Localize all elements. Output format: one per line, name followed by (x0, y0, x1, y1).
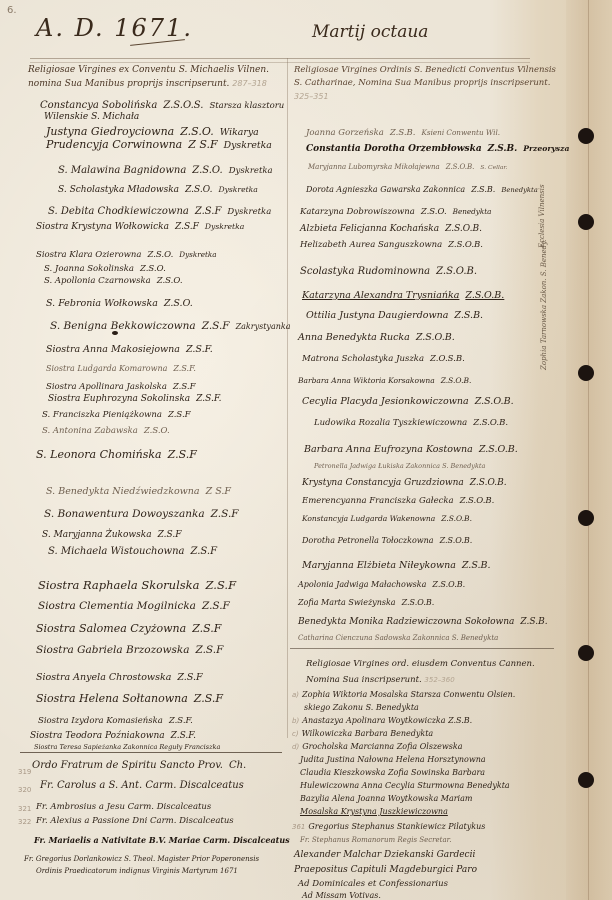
signature-entry: Siostra Anyela ChrostowskaZ.S.F (36, 672, 203, 683)
binding-hole-icon (578, 645, 594, 661)
signature-entry: Catharina Cienczuna Sadowska Zakonnica S… (298, 634, 498, 642)
lower-entry: Ordinis Praedicatorum indignus Virginis … (36, 867, 238, 875)
binding-hole-icon (578, 772, 594, 788)
signature-entry: Katarzyna Alexandra TrysniańkaZ.S.O.B. (302, 290, 504, 301)
signature-entry: Siostra Gabriela BrzozowskaZ.S.F (36, 644, 223, 656)
signature-entry: Siostra Klara OzierownaZ.S.O.Dyskretka (36, 250, 217, 260)
binding-hole-icon (578, 214, 594, 230)
signature-entry: Cecylia Placyda JesionkowiczownaZ.S.O.B. (302, 396, 514, 407)
lower-entry: Fr. Mariaelis a Nativitate B.V. Mariae C… (34, 835, 290, 845)
signature-entry: Siostra Teodora PoźniakownaZ.S.F. (30, 731, 196, 741)
signature-entry: Ludowika Rozalia TyszkiewiczownaZ.S.O.B. (314, 418, 508, 428)
second-entry: skiego Zakonu S. Benedykta (304, 703, 419, 712)
signature-entry: Benedykta Monika Radziewiczowna Sokołown… (298, 617, 548, 627)
second-entry: d)Grocholska Marcianna Zofia Olszewska (292, 742, 462, 751)
signature-entry: Barbara Anna Wiktoria KorsakownaZ.S.O.B. (298, 376, 471, 385)
signature-entry: Apolonia Jadwiga MałachowskaZ.S.O.B. (298, 580, 465, 589)
signature-entry: Constantia Dorotha OrzembłowskaZ.S.B.Prz… (306, 144, 569, 154)
signature-entry: S. Michaela WistouchownaZ.S.F (48, 546, 217, 557)
second-entry: 361Gregorius Stephanus Stankiewicz Pilat… (292, 822, 485, 831)
left-column-heading: Religiosae Virgines ex Conventu S. Micha… (22, 64, 284, 91)
year-heading: A. D. 1671. (36, 14, 193, 42)
signature-entry: S. Leonora ChomińskaZ.S.F (36, 448, 197, 461)
signature-entry: Siostra Anna MakosiejownaZ.S.F. (46, 344, 213, 355)
lower-entry: Ordo Fratrum de Spiritu Sancto Prov.Ch. (32, 760, 246, 771)
folio-number: 6. (7, 5, 17, 16)
signature-entry: S. Franciszka PieniążkownaZ.S.F (42, 410, 191, 420)
vertical-margin-note: Zophia Tarnowska Zakon. S. Benedy. (540, 240, 548, 370)
binding-hole-icon (578, 510, 594, 526)
signature-entry: Konstancyja Ludgarda WakenownaZ.S.O.B. (302, 514, 472, 523)
lower-entry: Fr. Alexius a Passione Dni Carm. Discalc… (36, 816, 234, 826)
manuscript-page: 6. A. D. 1671. Martij octaua Religiosae … (0, 0, 612, 900)
signature-entry: Katarzyna DobrowiszownaZ.S.O.Benedykta (300, 207, 491, 217)
binding-hole-icon (578, 128, 594, 144)
lower-entry: Fr. Gregorius Dorlankowicz S. Theol. Mag… (24, 855, 259, 863)
signature-entry: S. Benigna BekkowiczownaZ.S.FZakrystyank… (50, 320, 291, 332)
margin-number: 320 (18, 786, 31, 794)
signature-entry: Siostra Clementia MogilnickaZ.S.F (38, 600, 230, 612)
heading-text: Religiosae Virgines Ordinis S. Benedicti… (294, 65, 556, 88)
second-entry: Ad Missam Votivas. (302, 891, 381, 900)
ink-blot (112, 331, 118, 335)
date-heading: Martij octaua (312, 22, 428, 42)
signature-entry: Justyna GiedroyciownaZ.S.O.Wikarya (46, 125, 259, 138)
signature-entry: S. Malawina BagnidownaZ.S.O.Dyskretka (58, 165, 273, 176)
signature-entry: Anna Benedykta RuckaZ.S.O.B. (298, 332, 455, 343)
signature-entry: Wilenskie S. Michała (44, 112, 139, 122)
signature-entry: Maryjanna Elżbieta NiłeykownaZ.S.B. (302, 560, 491, 571)
signature-entry: Dorota Agnieszka Gawarska ZakonnicaZ.S.B… (306, 185, 538, 194)
section-rule (290, 648, 554, 649)
column-divider (287, 58, 288, 738)
signature-entry: Barbara Anna Eufrozyna KostownaZ.S.O.B. (304, 444, 518, 455)
signature-entry: S. Scholastyka MładowskaZ.S.O.Dyskretka (58, 185, 258, 195)
second-entry: Claudia Kieszkowska Zofia Sowinska Barba… (300, 768, 485, 777)
signature-entry: S. Apollonia CzarnowskaZ.S.O. (44, 276, 183, 286)
signature-entry: S. Bonawentura DowoyszankaZ.S.F (44, 508, 239, 520)
second-entry: Praepositus Capituli Magdeburgici Paro (294, 865, 477, 875)
second-heading: Religiosae Virgines ord. eiusdem Convent… (306, 656, 556, 688)
signature-entry: Zofia Marta SwieżynskaZ.S.O.B. (298, 598, 434, 607)
signature-entry: S. Maryjanna ŻukowskaZ.S.F (42, 530, 181, 540)
right-column-heading: Religiosae Virgines Ordinis S. Benedicti… (294, 64, 564, 104)
second-entry: c)Wilkowiczka Barbara Benedykta (292, 729, 433, 738)
signature-entry: Scolastyka RudominownaZ.S.O.B. (300, 266, 477, 277)
heading-number-range: 287–318 (232, 79, 267, 88)
header-rule-double (30, 62, 530, 63)
signature-entry: Dorotha Petronella TołoczkownaZ.S.O.B. (302, 536, 472, 545)
second-entry: a)Zophia Wiktoria Mosalska Starsza Conwe… (292, 690, 515, 699)
signature-entry: Siostra Helena SołtanownaZ.S.F (36, 692, 223, 705)
signature-entry: Emerencyanna Franciszka GałeckaZ.S.O.B. (302, 496, 494, 506)
signature-entry: Siostra Ludgarda KomarownaZ.S.F. (46, 364, 196, 373)
second-entry: Hulewiczowna Anna Cecylia Sturmowna Bene… (300, 781, 510, 790)
left-column: Religiosae Virgines ex Conventu S. Micha… (22, 64, 284, 93)
signature-entry: Matrona Scholastyka JuszkaZ.O.S.B. (302, 354, 465, 364)
lower-entry: Fr. Ambrosius a Jesu Carm. Discalceatus (36, 802, 211, 812)
signature-entry: Ottilia Justyna DaugierdownaZ.S.B. (306, 310, 483, 321)
signature-entry: Siostra Izydora KomasieńskaZ.S.F. (38, 716, 193, 726)
signature-entry: Prudencyja CorwinownaZ S.FDyskretka (46, 138, 272, 151)
section-rule (20, 752, 282, 753)
heading-number-range: 325–351 (294, 92, 329, 101)
second-entry: b)Anastazya Apolinara Woytkowiczka Z.S.B… (292, 716, 472, 725)
signature-entry: S. Joanna SokolinskaZ.S.O. (44, 264, 166, 274)
second-entry: Mosalska Krystyna Juszkiewiczowna (300, 807, 448, 816)
signature-entry: S. Febronia WołkowskaZ.S.O. (46, 298, 193, 309)
signature-entry: Siostra Krystyna WołkowickaZ.S.FDyskretk… (36, 222, 244, 232)
signature-entry: S. Benedykta NiedźwiedzkownaZ S.F (46, 486, 231, 497)
second-entry: Bazylia Alena Joanna Woytkowska Mariam (300, 794, 472, 803)
signature-entry: Constancya SobolińskaZ.S.O.S.Starsza kla… (40, 100, 284, 111)
second-entry: Judita Justina Nałowna Helena Horsztynow… (300, 755, 486, 764)
margin-number: 321 (18, 805, 31, 813)
second-entry: Ad Dominicales et Confessionarius (298, 879, 448, 889)
signature-entry: Siostra Euphrozyna SokolinskaZ.S.F. (48, 394, 222, 404)
signature-entry: S. Antonina ZabawskaZ.S.O. (42, 426, 170, 436)
signature-entry: Krystyna Constancyja GruzdziownaZ.S.O.B. (302, 478, 507, 488)
signature-entry: S. Debita ChodkiewiczownaZ.S.FDyskretka (48, 206, 271, 217)
signature-entry: Alzbieta Felicjanna KochańskaZ.S.O.B. (300, 224, 482, 234)
lower-entry: Fr. Carolus a S. Ant. Carm. Discalceatus (40, 780, 244, 791)
margin-number: 322 (18, 818, 31, 826)
vertical-margin-note: Ecclesia Vilnensis (538, 184, 546, 248)
right-column: Religiosae Virgines Ordinis S. Benedicti… (294, 64, 564, 106)
signature-entry: Helizabeth Aurea SanguszkownaZ.S.O.B. (300, 240, 483, 250)
signature-entry: Joanna GorzeńskaZ.S.B.Ksieni Conwentu Wi… (306, 128, 500, 138)
signature-entry: Siostra Teresa Sapieżanka Zakonnica Regu… (34, 743, 220, 751)
signature-entry: Siostra Apollinara JaskolskaZ.S.F (46, 382, 195, 392)
binding-hole-icon (578, 365, 594, 381)
header-rule (30, 58, 530, 59)
signature-entry: Petronella Jadwiga Łukiska Zakonnica S. … (314, 462, 485, 470)
signature-entry: Siostra Salomea CzyżownaZ.S.F (36, 622, 221, 635)
margin-number: 319 (18, 768, 31, 776)
second-entry: Fr. Stephanus Romanorum Regis Secretar. (300, 836, 451, 844)
signature-entry: Maryjanna Lubomyrska MikołajewnaZ.S.O.B.… (308, 163, 508, 171)
second-entry: Alexander Malchar Dziekanski Gardecii (294, 850, 475, 860)
signature-entry: Siostra Raphaela SkorulskaZ.S.F (38, 578, 236, 592)
